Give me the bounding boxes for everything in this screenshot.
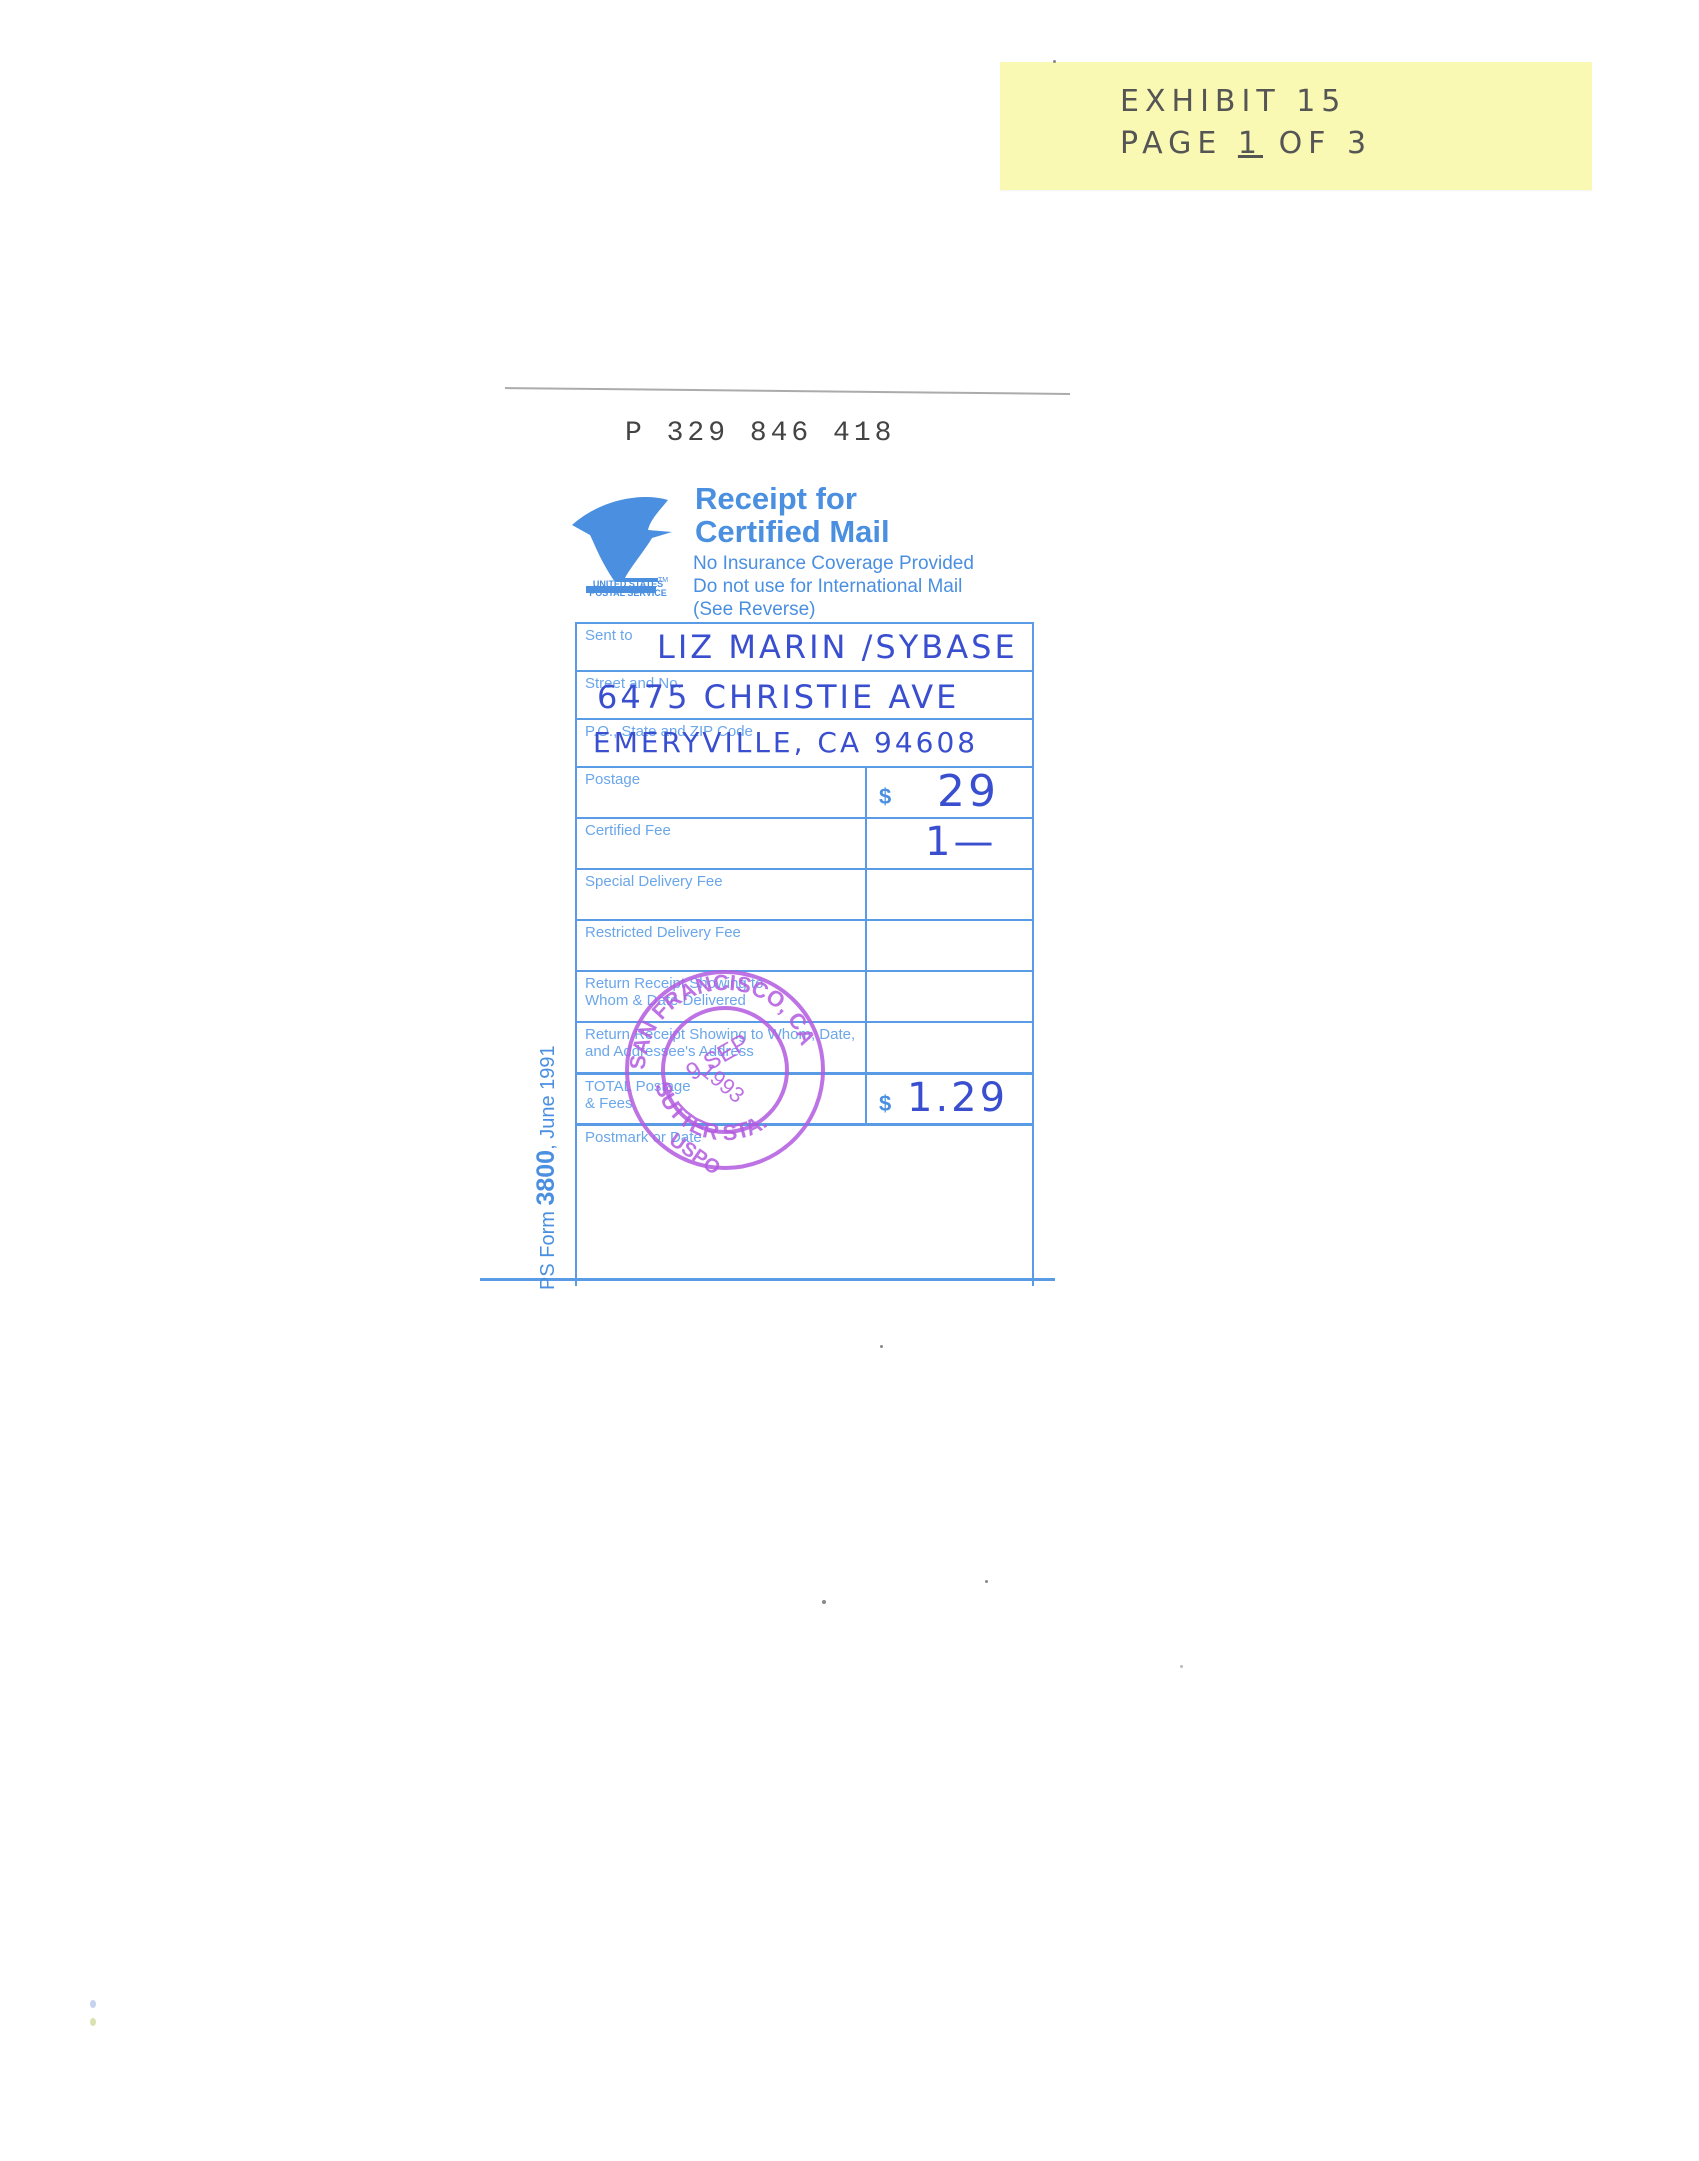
exhibit-page-label: PAGE 1 OF 3 [1120, 126, 1372, 161]
postage-label: Postage [585, 771, 640, 788]
scan-speck [90, 2000, 96, 2008]
receipt-form: Sent to LIZ MARIN /SYBASE Street and No.… [575, 622, 1034, 1286]
postage-currency: $ [879, 784, 891, 810]
usps-logo-text: UNITED STATES POSTAL SERVICE [586, 580, 670, 598]
certified-fee-value: 1— [925, 819, 996, 865]
scan-speck [1180, 1665, 1183, 1668]
postage-value: 29 [937, 766, 999, 817]
form-number-side-text: PS Form 3800, June 1991 [532, 1045, 561, 1290]
title-line-1: Receipt for [695, 482, 890, 515]
fee-row: Postage $29 [577, 768, 1032, 819]
scan-speck [822, 1600, 826, 1604]
fee-row: Special Delivery Fee [577, 870, 1032, 921]
receipt-notice: No Insurance Coverage Provided Do not us… [693, 552, 974, 621]
exhibit-label: EXHIBIT 15 [1120, 84, 1346, 119]
perforation-line [505, 387, 1070, 395]
serial-number: P 329 846 418 [625, 418, 895, 449]
logo-line-2: POSTAL SERVICE [586, 589, 670, 598]
scan-speck [880, 1345, 883, 1348]
side-form-number: 3800 [532, 1150, 560, 1206]
sent-to-row: Sent to LIZ MARIN /SYBASE [577, 624, 1032, 672]
side-prefix: PS Form [537, 1211, 559, 1290]
notice-line-3: (See Reverse) [693, 598, 974, 621]
fee-row: Certified Fee 1— [577, 819, 1032, 870]
notice-line-2: Do not use for International Mail [693, 575, 974, 598]
total-currency: $ [879, 1091, 891, 1117]
notice-line-1: No Insurance Coverage Provided [693, 552, 974, 575]
side-suffix: , June 1991 [537, 1045, 559, 1150]
restricted-delivery-label: Restricted Delivery Fee [585, 924, 741, 941]
sent-to-value: LIZ MARIN /SYBASE [657, 628, 1018, 666]
page-suffix: OF 3 [1279, 126, 1373, 161]
certified-mail-receipt: P 329 846 418 TM UNITED STATES POSTAL SE… [480, 390, 1060, 1300]
street-value: 6475 CHRISTIE AVE [597, 678, 959, 716]
po-state-zip-value: EMERYVILLE, CA 94608 [593, 726, 978, 759]
title-line-2: Certified Mail [695, 515, 890, 548]
street-row: Street and No. 6475 CHRISTIE AVE [577, 672, 1032, 720]
city-row: P.O., State and ZIP Code EMERYVILLE, CA … [577, 720, 1032, 768]
scan-speck [90, 2018, 96, 2026]
exhibit-sticky-note: EXHIBIT 15 PAGE 1 OF 3 [1000, 62, 1592, 190]
sent-to-label: Sent to [585, 627, 633, 644]
certified-fee-label: Certified Fee [585, 822, 671, 839]
total-value: 1.29 [907, 1075, 1008, 1121]
postmark-stamp: SAN FRANCISCO, CA SUTTER STA. 9 SEP 1993… [620, 965, 830, 1175]
bottom-rule [480, 1278, 1055, 1281]
special-delivery-label: Special Delivery Fee [585, 873, 723, 890]
scan-speck [985, 1580, 988, 1583]
page-number: 1 [1238, 126, 1263, 161]
page-prefix: PAGE [1120, 126, 1222, 161]
receipt-title: Receipt for Certified Mail [695, 482, 890, 548]
scan-speck [1053, 60, 1056, 63]
